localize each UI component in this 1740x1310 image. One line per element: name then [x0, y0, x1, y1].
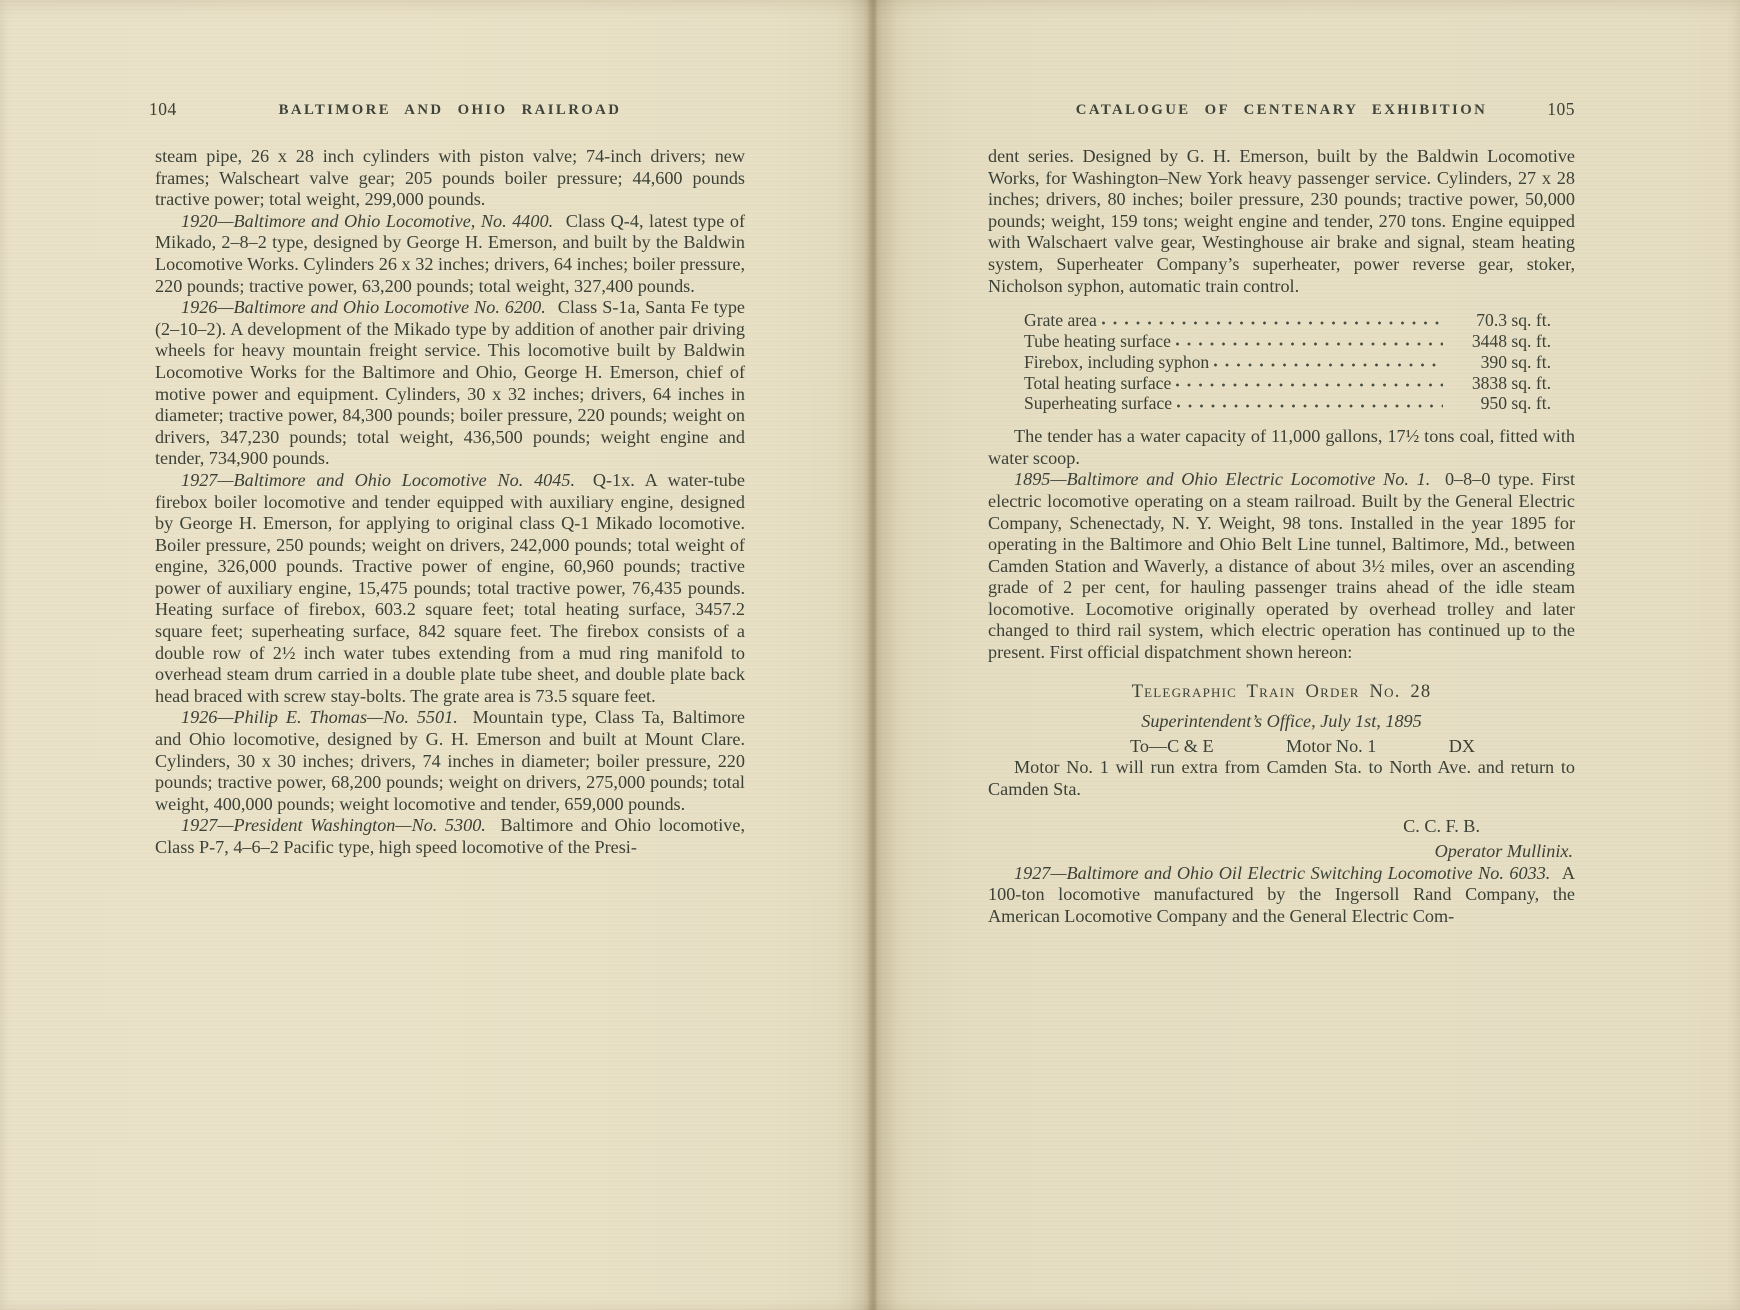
table-row: Tube heating surface 3448 sq. ft.	[1024, 331, 1551, 352]
paragraph-text: dent series. Designed by G. H. Emerson, …	[988, 146, 1575, 296]
entry-lead: 1895—Baltimore and Ohio Electric Locomot…	[1014, 469, 1430, 489]
train-order-heading: Telegraphic Train Order No. 28	[988, 681, 1575, 703]
page-104-content: 104 BALTIMORE AND OHIO RAILROAD steam pi…	[155, 102, 745, 859]
page-105-content: 105 CATALOGUE OF CENTENARY EXHIBITION de…	[988, 102, 1575, 928]
entry-lead: 1927—Baltimore and Ohio Locomotive No. 4…	[181, 470, 575, 490]
spec-label: Tube heating surface	[1024, 331, 1171, 352]
paragraph: 1927—President Washington—No. 5300. Balt…	[155, 815, 745, 858]
spec-label: Total heating surface	[1024, 373, 1171, 394]
table-row: Total heating surface 3838 sq. ft.	[1024, 373, 1551, 394]
paragraph: dent series. Designed by G. H. Emerson, …	[988, 146, 1575, 297]
train-order-signature: C. C. F. B.	[988, 816, 1575, 838]
order-dx-label: DX	[1449, 736, 1475, 758]
leader-dots	[1176, 397, 1443, 411]
page-105-header: 105 CATALOGUE OF CENTENARY EXHIBITION	[988, 102, 1575, 128]
paragraph-text: The tender has a water capacity of 11,00…	[988, 426, 1575, 468]
train-order-address-line: To—C & E Motor No. 1 DX	[988, 733, 1575, 758]
page-104-header: 104 BALTIMORE AND OHIO RAILROAD	[155, 102, 745, 128]
paragraph: 1920—Baltimore and Ohio Locomotive, No. …	[155, 211, 745, 297]
entry-lead: 1926—Baltimore and Ohio Locomotive No. 6…	[181, 297, 546, 317]
table-row: Grate area 70.3 sq. ft.	[1024, 310, 1551, 331]
leader-dots	[1213, 356, 1443, 370]
paragraph: 1927—Baltimore and Ohio Locomotive No. 4…	[155, 470, 745, 708]
spec-label: Superheating surface	[1024, 393, 1172, 414]
paragraph-text: 0–8–0 type. First electric locomotive op…	[988, 469, 1575, 662]
train-order-office-line: Superintendent’s Office, July 1st, 1895	[988, 711, 1575, 733]
spec-value: 950 sq. ft.	[1451, 393, 1551, 414]
entry-lead: 1926—Philip E. Thomas—No. 5501.	[181, 707, 458, 727]
page-number: 104	[149, 99, 177, 120]
paragraph-text: Class S-1a, Santa Fe type (2–10–2). A de…	[155, 297, 745, 468]
order-to-label: To—C & E	[1130, 736, 1214, 758]
book-spread: 104 BALTIMORE AND OHIO RAILROAD steam pi…	[0, 0, 1740, 1310]
leader-dots	[1101, 314, 1443, 328]
paragraph-text: steam pipe, 26 x 28 inch cylinders with …	[155, 146, 745, 209]
paragraph: 1895—Baltimore and Ohio Electric Locomot…	[988, 469, 1575, 663]
table-row: Superheating surface 950 sq. ft.	[1024, 393, 1551, 414]
paragraph-text: Q-1x. A water-tube firebox boiler locomo…	[155, 470, 745, 706]
running-title: BALTIMORE AND OHIO RAILROAD	[155, 102, 745, 119]
train-order-block: Telegraphic Train Order No. 28 Superinte…	[988, 681, 1575, 863]
spec-value: 3838 sq. ft.	[1451, 373, 1551, 394]
paragraph: 1927—Baltimore and Ohio Oil Electric Swi…	[988, 863, 1575, 928]
entry-lead: 1920—Baltimore and Ohio Locomotive, No. …	[181, 211, 553, 231]
spec-value: 3448 sq. ft.	[1451, 331, 1551, 352]
paragraph: The tender has a water capacity of 11,00…	[988, 426, 1575, 469]
leader-dots	[1175, 335, 1443, 349]
page-104: 104 BALTIMORE AND OHIO RAILROAD steam pi…	[0, 0, 872, 1310]
leader-dots	[1175, 376, 1443, 390]
paragraph: 1926—Baltimore and Ohio Locomotive No. 6…	[155, 297, 745, 470]
train-order-body: Motor No. 1 will run extra from Camden S…	[988, 757, 1575, 800]
spec-label: Grate area	[1024, 310, 1097, 331]
spec-table: Grate area 70.3 sq. ft. Tube heating sur…	[1024, 310, 1551, 414]
entry-lead: 1927—Baltimore and Ohio Oil Electric Swi…	[1014, 863, 1550, 883]
paragraph: steam pipe, 26 x 28 inch cylinders with …	[155, 146, 745, 211]
spec-value: 70.3 sq. ft.	[1451, 310, 1551, 331]
order-motor-label: Motor No. 1	[1286, 736, 1376, 758]
spec-value: 390 sq. ft.	[1451, 352, 1551, 373]
spec-label: Firebox, including syphon	[1024, 352, 1209, 373]
page-104-body: steam pipe, 26 x 28 inch cylinders with …	[155, 146, 745, 859]
paragraph: 1926—Philip E. Thomas—No. 5501. Mountain…	[155, 707, 745, 815]
paragraph-text: Motor No. 1 will run extra from Camden S…	[988, 757, 1575, 799]
entry-lead: 1927—President Washington—No. 5300.	[181, 815, 486, 835]
train-order-operator: Operator Mullinix.	[988, 841, 1575, 863]
page-105: 105 CATALOGUE OF CENTENARY EXHIBITION de…	[872, 0, 1740, 1310]
page-105-body: dent series. Designed by G. H. Emerson, …	[988, 146, 1575, 928]
running-title: CATALOGUE OF CENTENARY EXHIBITION	[988, 102, 1575, 119]
page-number: 105	[1547, 99, 1575, 120]
table-row: Firebox, including syphon 390 sq. ft.	[1024, 352, 1551, 373]
